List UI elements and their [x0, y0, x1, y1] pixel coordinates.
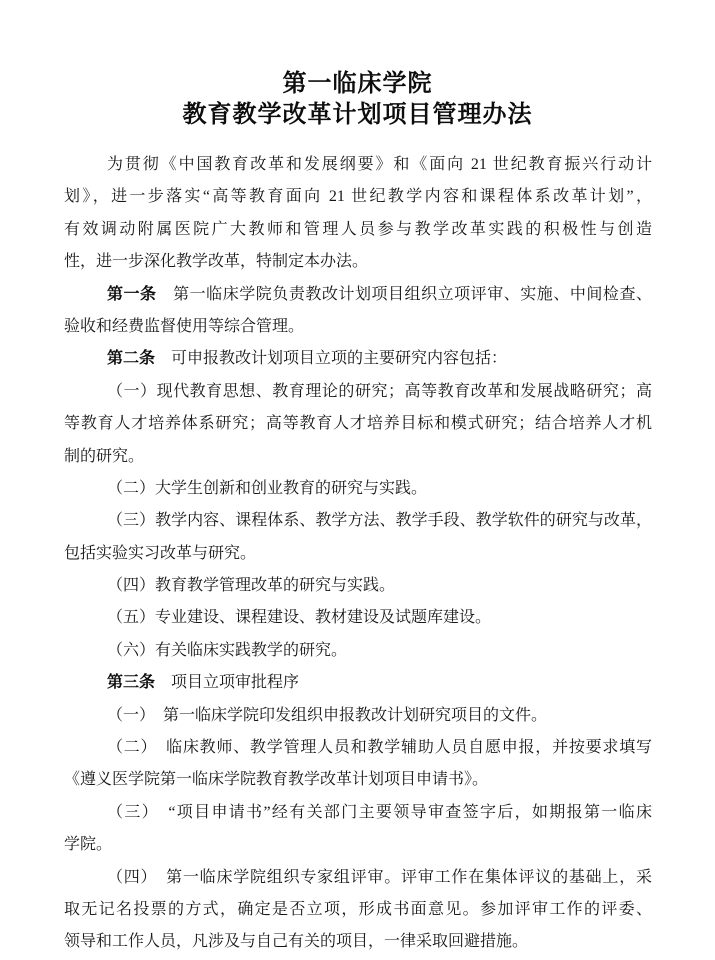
doc-line: 验收和经费监督使用等综合管理。 [64, 311, 652, 343]
doc-line: 第三条 项目立项审批程序 [64, 667, 652, 699]
doc-line: 第一条 第一临床学院负责教改计划项目组织立项评审、实施、中间检查、 [64, 279, 652, 311]
document-page: 第一临床学院 教育教学改革计划项目管理办法 为贯彻《中国教育改革和发展纲要》和《… [0, 0, 715, 960]
doc-line: 学院。 [64, 829, 652, 861]
doc-title-line-2: 教育教学改革计划项目管理办法 [0, 99, 715, 130]
doc-lines: 为贯彻《中国教育改革和发展纲要》和《面向 21 世纪教育振兴行动计划》，进一步落… [64, 149, 652, 959]
doc-line: （二）大学生创新和创业教育的研究与实践。 [64, 473, 652, 505]
doc-line: （四）教育教学管理改革的研究与实践。 [64, 570, 652, 602]
doc-line: 制的研究。 [64, 441, 652, 473]
doc-line: （五）专业建设、课程建设、教材建设及试题库建设。 [64, 602, 652, 634]
doc-line: （三）教学内容、课程体系、教学方法、教学手段、教学软件的研究与改革， [64, 505, 652, 537]
doc-line: 有效调动附属医院广大教师和管理人员参与教学改革实践的积极性与创造 [64, 214, 652, 246]
doc-line: 《遵义医学院第一临床学院教育教学改革计划项目申请书》。 [64, 764, 652, 796]
doc-line: 等教育人才培养体系研究；高等教育人才培养目标和模式研究；结合培养人才机 [64, 408, 652, 440]
doc-line: （一） 第一临床学院印发组织申报教改计划研究项目的文件。 [64, 700, 652, 732]
doc-line: （六）有关临床实践教学的研究。 [64, 635, 652, 667]
doc-line: 为贯彻《中国教育改革和发展纲要》和《面向 21 世纪教育振兴行动计 [64, 149, 652, 181]
doc-line: 包括实验实习改革与研究。 [64, 538, 652, 570]
doc-line-bold-heading: 第二条 [107, 350, 155, 367]
doc-line: 划》，进一步落实“高等教育面向 21 世纪教学内容和课程体系改革计划”， [64, 181, 652, 213]
doc-line: 取无记名投票的方式，确定是否立项，形成书面意见。参加评审工作的评委、 [64, 894, 652, 926]
doc-line-bold-heading: 第一条 [107, 286, 157, 303]
doc-line: （二） 临床教师、教学管理人员和教学辅助人员自愿申报，并按要求填写 [64, 732, 652, 764]
doc-line: 性，进一步深化教学改革，特制定本办法。 [64, 246, 652, 278]
doc-title: 第一临床学院 教育教学改革计划项目管理办法 [0, 68, 715, 130]
doc-line: 领导和工作人员，凡涉及与自己有关的项目，一律采取回避措施。 [64, 926, 652, 958]
doc-title-line-1: 第一临床学院 [0, 68, 715, 99]
doc-line: 第二条 可申报教改计划项目立项的主要研究内容包括： [64, 343, 652, 375]
doc-line-bold-heading: 第三条 [107, 674, 155, 691]
doc-line: （四） 第一临床学院组织专家组评审。评审工作在集体评议的基础上，采 [64, 862, 652, 894]
doc-line: （三） “项目申请书”经有关部门主要领导审查签字后，如期报第一临床 [64, 797, 652, 829]
doc-line: （一）现代教育思想、教育理论的研究；高等教育改革和发展战略研究；高 [64, 376, 652, 408]
